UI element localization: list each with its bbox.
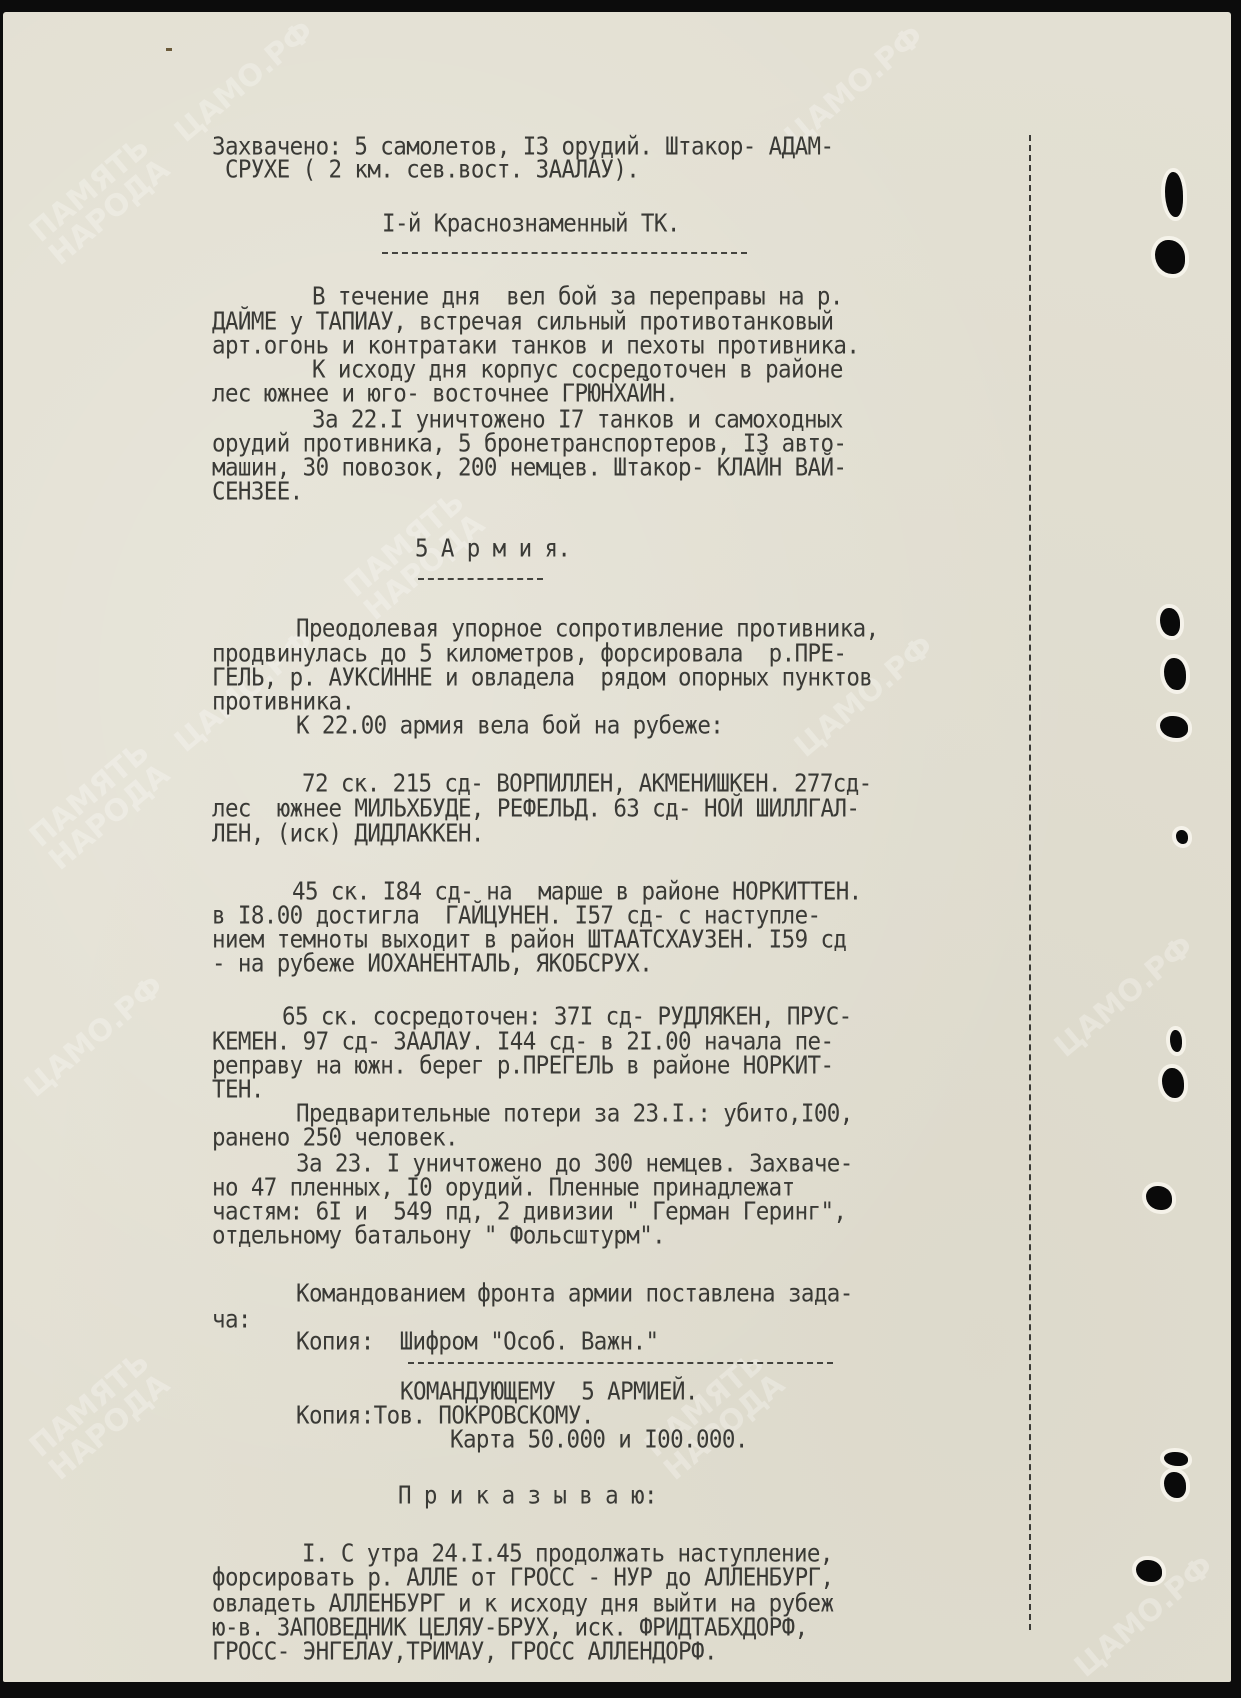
- ink-spot: [166, 48, 172, 51]
- text-line: 65 ск. сосредоточен: 37I сд- РУДЛЯКЕН, П…: [282, 1003, 852, 1030]
- map-reference: Карта 50.000 и I00.000.: [450, 1426, 748, 1453]
- text-line: - на рубеже ИОХАНЕНТАЛЬ, ЯКОБСРУХ.: [212, 950, 652, 977]
- heading-underline: [382, 252, 747, 254]
- text-line: ТЕН.: [212, 1076, 264, 1103]
- text-line: К 22.00 армия вела бой на рубеже:: [296, 712, 723, 739]
- binding-hole: [1170, 1030, 1182, 1052]
- section-heading: 5 А р м и я.: [415, 535, 570, 562]
- text-line: Преодолевая упорное сопротивление против…: [296, 615, 879, 642]
- binding-hole: [1165, 172, 1183, 217]
- binding-hole: [1176, 830, 1188, 844]
- text-line: форсировать р. АЛЛЕ от ГРОСС - НУР до АЛ…: [212, 1564, 833, 1591]
- section-heading: I-й Краснознаменный ТК.: [382, 210, 680, 237]
- binding-hole: [1146, 1186, 1172, 1210]
- text-line: Копия: Шифром "Особ. Важн.": [296, 1328, 659, 1355]
- order-heading: П р и к а з ы в а ю:: [398, 1482, 657, 1509]
- binding-hole: [1160, 608, 1180, 636]
- text-line: машин, 30 повозок, 200 немцев. Штакор- К…: [212, 454, 846, 481]
- text-line: ча:: [212, 1306, 251, 1333]
- text-line: Командованием фронта армии поставлена за…: [296, 1280, 853, 1307]
- binding-hole: [1136, 1560, 1162, 1582]
- text-line: лес южнее и юго- восточнее ГРЮНХАЙН.: [212, 380, 678, 407]
- binding-hole: [1162, 1068, 1184, 1098]
- text-line: В течение дня вел бой за переправы на р.: [312, 283, 843, 310]
- heading-underline: [418, 578, 543, 580]
- separator-line: [408, 1362, 833, 1364]
- text-line: 72 ск. 215 сд- ВОРПИЛЛЕН, АКМЕНИШКЕН. 27…: [302, 770, 872, 797]
- margin-line: [1029, 135, 1031, 1630]
- text-line: лес южнее МИЛЬХБУДЕ, РЕФЕЛЬД. 63 сд- НОЙ…: [212, 795, 859, 822]
- text-line: реправу на южн. берег р.ПРЕГЕЛЬ в районе…: [212, 1052, 833, 1079]
- binding-hole: [1164, 1452, 1188, 1466]
- binding-hole: [1164, 1472, 1186, 1498]
- text-line: ЛЕН, (иск) ДИДЛАККЕН.: [212, 820, 484, 847]
- text-line: СРУХЕ ( 2 км. сев.вост. ЗААЛАУ).: [212, 156, 639, 183]
- binding-hole: [1160, 716, 1188, 738]
- text-line: СЕНЗЕЕ.: [212, 478, 303, 505]
- text-line: отдельному батальону " Фольсштурм".: [212, 1222, 665, 1249]
- text-line: ранено 250 человек.: [212, 1124, 458, 1151]
- binding-hole: [1164, 658, 1186, 690]
- text-line: ГРОСС- ЭНГЕЛАУ,ТРИМАУ, ГРОСС АЛЛЕНДОРФ.: [212, 1638, 717, 1665]
